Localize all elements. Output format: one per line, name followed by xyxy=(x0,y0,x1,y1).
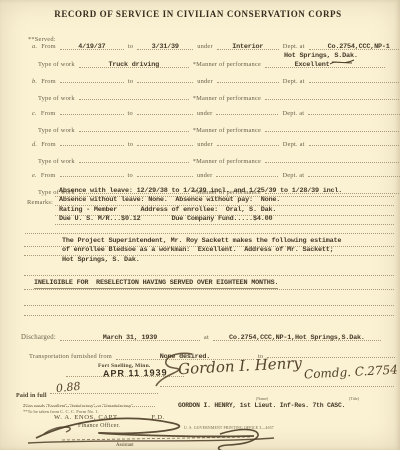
entry-letter: e. xyxy=(32,172,37,179)
under-label: under xyxy=(197,141,213,148)
dept-field xyxy=(309,135,400,146)
discharge-location-field: Co.2754,CCC,NP-1,Hot Springs,S.Dak. xyxy=(213,330,381,341)
service-entry-d-line1: d. From to under Dept. at xyxy=(32,133,396,151)
paid-amount-script: 0.88 xyxy=(55,380,81,395)
at-label: at xyxy=(204,334,209,341)
entry-letter: c. xyxy=(32,110,37,117)
pen-flourish-icon xyxy=(329,58,355,67)
from-label: From xyxy=(41,43,56,50)
from-label: From xyxy=(41,78,56,85)
under-field xyxy=(216,166,278,177)
entry-letter: b. xyxy=(32,78,37,85)
from-field xyxy=(60,166,124,177)
dept-at-label: Dept. at xyxy=(282,110,304,117)
form-title-row: RECORD OF SERVICE IN CIVILIAN CONSERVATI… xyxy=(0,4,396,22)
work-field xyxy=(79,89,189,100)
discharge-date: March 31, 1939 xyxy=(103,334,157,342)
performance-value: Excellent xyxy=(295,61,330,69)
estimate-line-3: Hot Springs, S. Dak. xyxy=(24,255,394,265)
work-field xyxy=(79,152,189,163)
type-of-work-label: Type of work xyxy=(38,61,75,68)
under-field: Interior xyxy=(217,39,279,50)
performance-field xyxy=(265,89,400,100)
dept-field xyxy=(308,104,400,115)
ineligible-line: INELIGIBLE FOR RESELECTION HAVING SERVED… xyxy=(24,279,394,290)
under-field xyxy=(217,72,279,83)
to-field xyxy=(137,104,193,115)
dept-at-label: Dept. at xyxy=(283,141,305,148)
commander-signature: Gordon I. Henry xyxy=(178,354,303,378)
blank-rule-line xyxy=(24,266,394,276)
to-label: to xyxy=(128,110,133,117)
dept-field xyxy=(309,72,400,83)
blank-rule-line xyxy=(24,296,394,306)
work-field: Truck driving xyxy=(79,57,189,68)
under-label: under xyxy=(197,172,213,179)
to-label: to xyxy=(128,78,133,85)
under-label: under xyxy=(197,78,213,85)
from-label: From xyxy=(41,141,56,148)
dept-at-label: Dept. at xyxy=(282,172,304,179)
discharged-row: Discharged: March 31, 1939 at Co.2754,CC… xyxy=(21,326,396,344)
service-entry-e-line1: e. From to under Dept. at xyxy=(32,164,396,182)
under-label: under xyxy=(197,43,213,50)
under-field xyxy=(217,135,279,146)
entry-letter: d. xyxy=(32,141,37,148)
from-field xyxy=(60,72,124,83)
under-value: Interior xyxy=(232,43,263,51)
to-label: to xyxy=(128,172,133,179)
dept-field xyxy=(308,166,400,177)
to-field xyxy=(137,166,193,177)
type-of-work-label: Type of work xyxy=(38,95,75,102)
blank-rule-line xyxy=(25,224,394,234)
remarks-label: Remarks: xyxy=(27,199,53,206)
under-field xyxy=(216,104,278,115)
performance-field: Excellent xyxy=(265,57,385,68)
from-field: 4/19/37 xyxy=(60,39,124,50)
from-value: 4/19/37 xyxy=(78,43,105,51)
manner-label: *Manner of performance xyxy=(193,61,261,68)
assistant-label-row: Assistant xyxy=(116,433,396,450)
page-title: RECORD OF SERVICE IN CIVILIAN CONSERVATI… xyxy=(54,9,342,19)
assistant-label: Assistant xyxy=(116,443,134,448)
service-entry-a-line2: Type of work Truck driving *Manner of pe… xyxy=(38,53,396,71)
to-value: 3/31/39 xyxy=(152,43,179,51)
performance-field xyxy=(265,152,400,163)
work-value: Truck driving xyxy=(109,61,159,69)
performance-field xyxy=(265,121,400,132)
discharged-label: Discharged: xyxy=(21,334,56,341)
from-label: From xyxy=(41,110,56,117)
to-field xyxy=(137,72,193,83)
under-label: under xyxy=(197,110,213,117)
service-entry-c-line1: c. From to under Dept. at xyxy=(32,102,396,120)
to-label: to xyxy=(128,141,133,148)
discharge-location: Co.2754,CCC,NP-1,Hot Springs,S.Dak. xyxy=(229,334,365,342)
from-label: From xyxy=(41,172,56,179)
discharge-date-field: March 31, 1939 xyxy=(60,330,200,341)
to-field: 3/31/39 xyxy=(137,39,193,50)
entry-letter: a. xyxy=(32,43,37,50)
work-field xyxy=(79,121,189,132)
manner-label: *Manner of performance xyxy=(193,95,261,102)
dept-at-label: Dept. at xyxy=(283,78,305,85)
from-field xyxy=(60,104,124,115)
ccc-record-of-service-form: RECORD OF SERVICE IN CIVILIAN CONSERVATI… xyxy=(0,0,400,450)
to-field xyxy=(137,135,193,146)
service-entry-b-line1: b. From to under Dept. at xyxy=(32,70,396,88)
blank-rule-line xyxy=(24,306,394,316)
from-field xyxy=(60,135,124,146)
to-label: to xyxy=(128,43,133,50)
